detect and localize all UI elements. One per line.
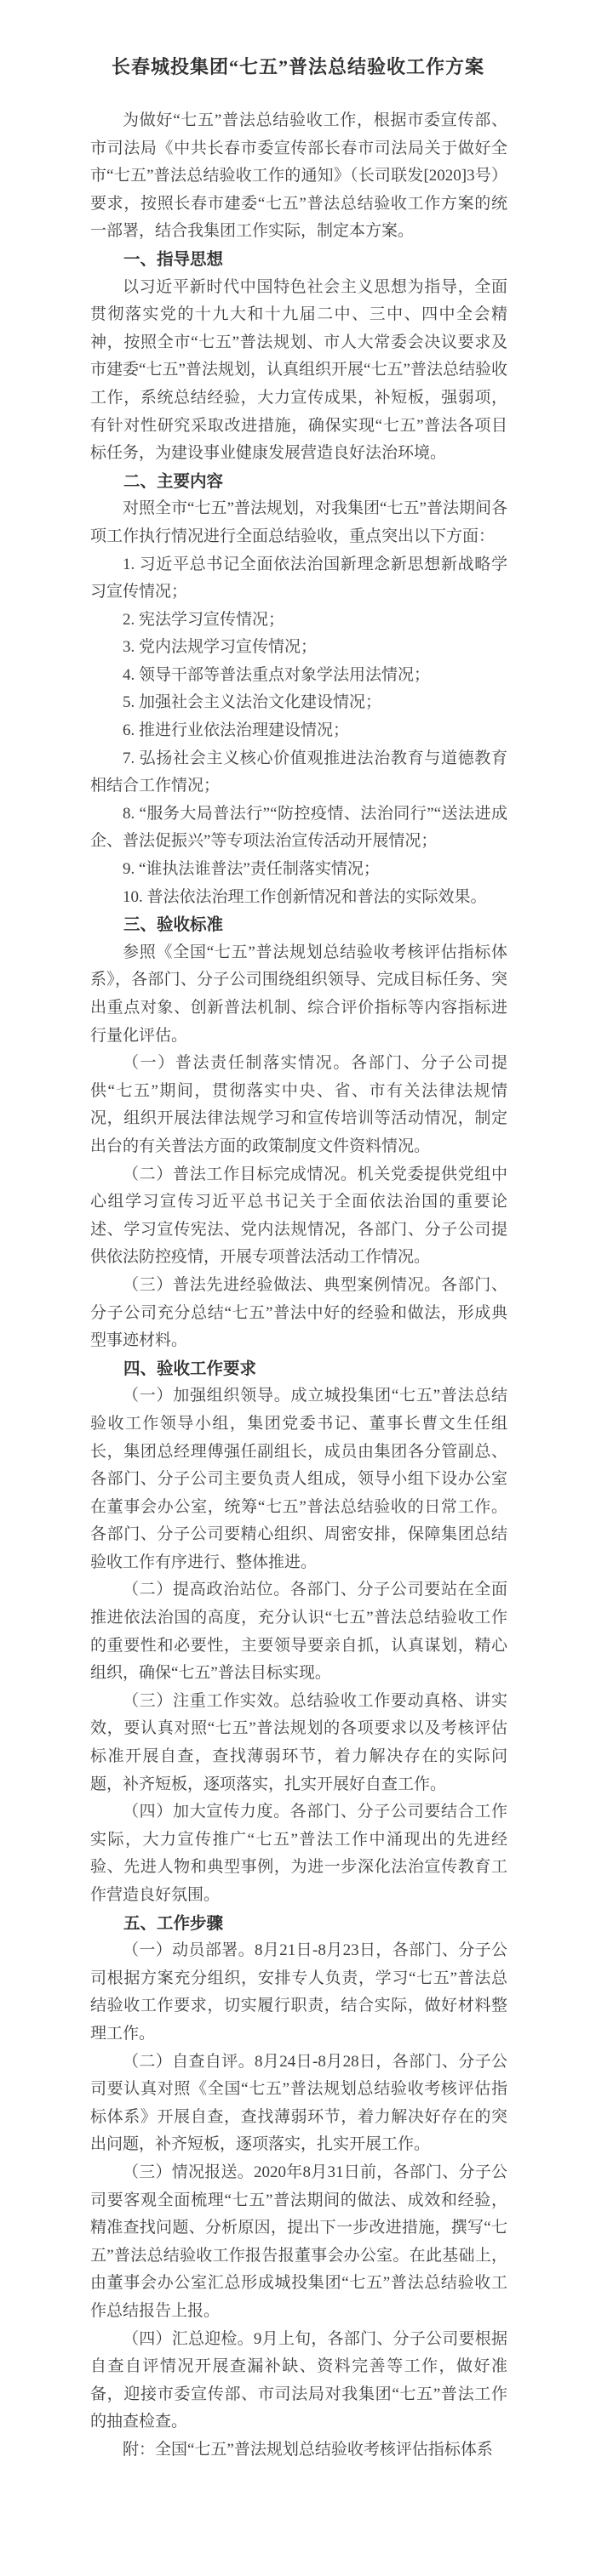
paragraph-main-content: 对照全市“七五”普法规划，对我集团“七五”普法期间各项工作执行情况进行全面总结验… [90,495,507,550]
list-item-10: 10. 普法依法治理工作创新情况和普法的实际效果。 [90,884,507,912]
section-heading-2: 二、主要内容 [90,468,507,496]
list-item-9: 9. “谁执法谁普法”责任制落实情况； [90,856,507,884]
list-item-3: 3. 党内法规学习宣传情况； [90,634,507,662]
document-title: 长春城投集团“七五”普法总结验收工作方案 [0,0,596,80]
paragraph-step-4: （四）汇总迎检。9月上旬，各部门、分子公司要根据自查自评情况开展查漏补缺、资料完… [90,2326,507,2436]
paragraph-standard-2: （二）普法工作目标完成情况。机关党委提供党组中心组学习宣传习近平总书记关于全面依… [90,1161,507,1272]
paragraph-step-2: （二）自查自评。8月24日-8月28日，各部门、分子公司要认真对照《全国“七五”… [90,2049,507,2159]
list-item-2: 2. 宪法学习宣传情况； [90,607,507,635]
list-item-6: 6. 推进行业依法治理建设情况； [90,717,507,745]
section-heading-5: 五、工作步骤 [90,1910,507,1938]
paragraph-standard-3: （三）普法先进经验做法、典型案例情况。各部门、分子公司充分总结“七五”普法中好的… [90,1272,507,1355]
paragraph-standard-1: （一）普法责任制落实情况。各部门、分子公司提供“七五”期间，贯彻落实中央、省、市… [90,1050,507,1160]
paragraph-requirement-2: （二）提高政治站位。各部门、分子公司要站在全面推进依法治国的高度，充分认识“七五… [90,1576,507,1687]
document-page: 长春城投集团“七五”普法总结验收工作方案 为做好“七五”普法总结验收工作，根据市… [0,0,596,2576]
list-item-1: 1. 习近平总书记全面依法治国新理念新思想新战略学习宣传情况； [90,551,507,607]
paragraph-standard-intro: 参照《全国“七五”普法规划总结验收考核评估指标体系》，各部门、分子公司围绕组织领… [90,939,507,1050]
paragraph-step-1: （一）动员部署。8月21日-8月23日，各部门、分子公司根据方案充分组织，安排专… [90,1937,507,2048]
section-heading-4: 四、验收工作要求 [90,1355,507,1383]
list-item-7: 7. 弘扬社会主义核心价值观推进法治教育与道德教育相结合工作情况； [90,745,507,801]
paragraph-guiding-ideology: 以习近平新时代中国特色社会主义思想为指导，全面贯彻落实党的十九大和十九届二中、三… [90,274,507,468]
section-heading-1: 一、指导思想 [90,246,507,274]
section-heading-3: 三、验收标准 [90,911,507,939]
paragraph-requirement-4: （四）加大宣传力度。各部门、分子公司要结合工作实际，大力宣传推广“七五”普法工作… [90,1798,507,1909]
document-body: 为做好“七五”普法总结验收工作，根据市委宣传部、市司法局《中共长春市委宣传部长春… [90,107,507,2464]
paragraph-requirement-3: （三）注重工作实效。总结验收工作要动真格、讲实效，要认真对照“七五”普法规划的各… [90,1688,507,1798]
list-item-8: 8. “服务大局普法行”“防控疫情、法治同行”“送法进成企、普法促振兴”等专项法… [90,801,507,856]
list-item-4: 4. 领导干部等普法重点对象学法用法情况； [90,662,507,690]
paragraph-requirement-1: （一）加强组织领导。成立城投集团“七五”普法总结验收工作领导小组，集团党委书记、… [90,1382,507,1576]
paragraph-attachment: 附：全国“七五”普法规划总结验收考核评估指标体系 [90,2436,507,2465]
list-item-5: 5. 加强社会主义法治文化建设情况； [90,689,507,717]
paragraph-intro: 为做好“七五”普法总结验收工作，根据市委宣传部、市司法局《中共长春市委宣传部长春… [90,107,507,246]
paragraph-step-3: （三）情况报送。2020年8月31日前，各部门、分子公司要客观全面梳理“七五”普… [90,2159,507,2326]
